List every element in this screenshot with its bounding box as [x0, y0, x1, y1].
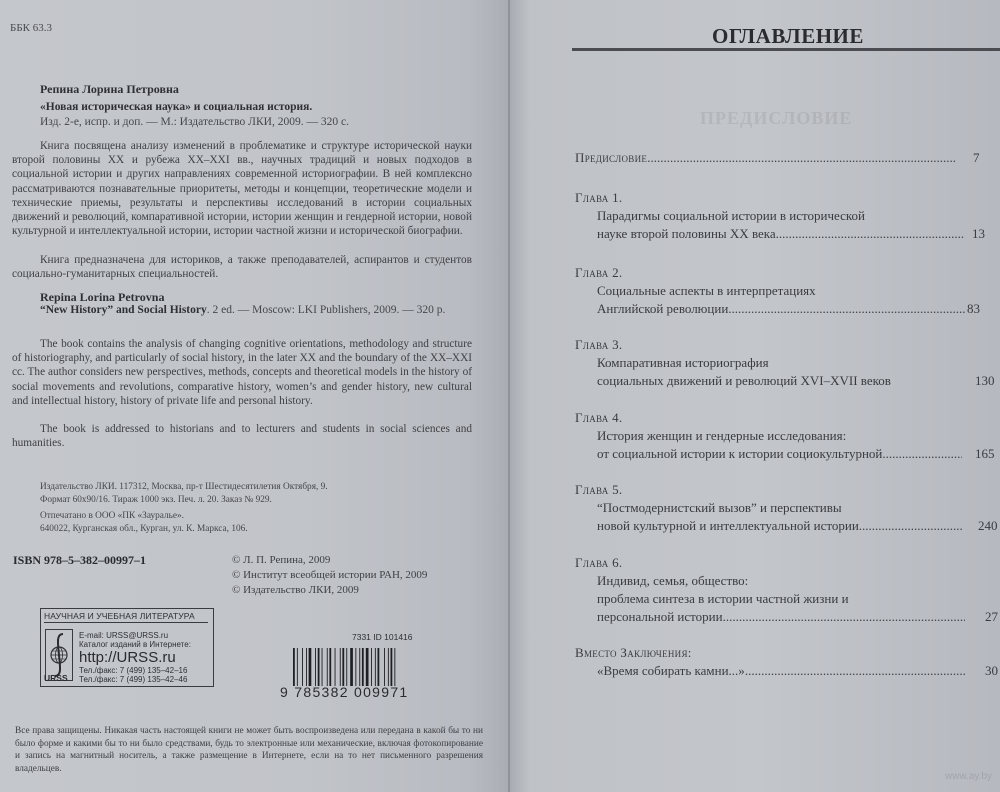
- toc-preface-label: Предисловие: [575, 150, 647, 166]
- author-english: Repina Lorina Petrovna: [40, 290, 164, 305]
- toc-entry-preface[interactable]: Предисловие: [575, 150, 955, 166]
- toc-chapter-5-label: Глава 5.: [575, 482, 622, 498]
- toc-chapter-1-title-line-2[interactable]: науке второй половины XX века: [597, 226, 965, 242]
- bleed-through-text: ПРЕДИСЛОВИЕ: [700, 108, 852, 129]
- bbk-code: ББК 63.3: [10, 22, 52, 34]
- audience-russian: Книга предназначена для историков, а так…: [12, 253, 472, 281]
- abstract-english: The book contains the analysis of changi…: [12, 337, 472, 408]
- toc-conclusion-page: 30: [985, 663, 998, 679]
- toc-chapter-6-title-line-2[interactable]: проблема синтеза в истории частной жизни…: [597, 591, 849, 607]
- toc-leader-dots: [728, 301, 965, 317]
- toc-chapter-6-title-line-3[interactable]: персональной истории: [597, 609, 965, 625]
- imprint-printer-address: 640022, Курганская обл., Курган, ул. К. …: [40, 524, 248, 534]
- toc-chapter-5-title-line-1[interactable]: “Постмодернистский вызов” и перспективы: [597, 500, 842, 516]
- toc-title-rule: [572, 48, 1000, 51]
- imprint-publisher: Издательство ЛКИ. 117312, Москва, пр-т Ш…: [40, 482, 328, 492]
- toc-chapter-4-page: 165: [975, 446, 995, 462]
- toc-leader-dots: [723, 609, 965, 625]
- publisher-phone-2: Тел./факс: 7 (499) 135–42–46: [79, 675, 187, 684]
- toc-chapter-6-title-line-1[interactable]: Индивид, семья, общество:: [597, 573, 748, 589]
- toc-chapter-5-title-line-2[interactable]: новой культурной и интеллектуальной исто…: [597, 518, 962, 534]
- toc-conclusion-title-line-1[interactable]: «Время собирать камни...»: [597, 663, 965, 679]
- toc-chapter-4-label: Глава 4.: [575, 410, 622, 426]
- toc-chapter-3-label: Глава 3.: [575, 337, 622, 353]
- watermark: www.ay.by: [945, 771, 992, 782]
- toc-chapter-3-title-line-2[interactable]: социальных движений и революций XVI–XVII…: [597, 373, 891, 389]
- toc-chapter-2-page: 83: [967, 301, 980, 317]
- toc-chapter-6-label: Глава 6.: [575, 555, 622, 571]
- author-russian: Репина Лорина Петровна: [40, 82, 179, 97]
- toc-chapter-2-title-line-2[interactable]: Английской революции: [597, 301, 965, 317]
- toc-chapter-1-title-line-1[interactable]: Парадигмы социальной истории в историчес…: [597, 208, 865, 224]
- isbn-barcode-icon: [293, 648, 423, 686]
- abstract-russian: Книга посвящена анализу изменений в проб…: [12, 139, 472, 238]
- copyright-institute: © Институт всеобщей истории РАН, 2009: [232, 569, 427, 581]
- publisher-box-heading: НАУЧНАЯ И УЧЕБНАЯ ЛИТЕРАТУРА: [44, 611, 208, 623]
- edition-info-english: . 2 ed. — Moscow: LKI Publishers, 2009. …: [207, 304, 446, 316]
- toc-preface-page: 7: [973, 150, 980, 166]
- book-spine: [508, 0, 510, 792]
- toc-chapter-5-line-2-text: новой культурной и интеллектуальной исто…: [597, 518, 859, 534]
- imprint-printer: Отпечатано в ООО «ПК «Зауралье».: [40, 511, 184, 521]
- toc-chapter-5-page: 240: [978, 518, 998, 534]
- toc-title: ОГЛАВЛЕНИЕ: [712, 24, 864, 49]
- barcode-number: 9 785382 009971: [280, 684, 409, 700]
- toc-chapter-4-title-line-2[interactable]: от социальной истории к истории социокул…: [597, 446, 962, 462]
- publisher-phone-1: Тел./факс: 7 (499) 135–42–16: [79, 666, 187, 675]
- book-title-english: “New History” and Social History. 2 ed. …: [40, 304, 445, 316]
- copyright-publisher: © Издательство ЛКИ, 2009: [232, 584, 359, 596]
- publisher-email-link[interactable]: E-mail: URSS@URSS.ru: [79, 631, 168, 640]
- toc-chapter-2-label: Глава 2.: [575, 265, 622, 281]
- toc-chapter-3-page: 130: [975, 373, 995, 389]
- toc-chapter-2-line-2-text: Английской революции: [597, 301, 728, 317]
- publisher-url-link[interactable]: http://URSS.ru: [79, 649, 176, 666]
- toc-chapter-6-line-3-text: персональной истории: [597, 609, 723, 625]
- isbn: ISBN 978–5–382–00997–1: [13, 553, 146, 568]
- toc-leader-dots: [882, 446, 962, 462]
- audience-english: The book is addressed to historians and …: [12, 422, 472, 450]
- edition-info-russian: Изд. 2-е, испр. и доп. — М.: Издательств…: [40, 116, 349, 128]
- toc-leader-dots: [776, 226, 965, 242]
- publisher-contact-box: НАУЧНАЯ И УЧЕБНАЯ ЛИТЕРАТУРА E-mail: URS…: [40, 608, 214, 687]
- book-title-russian: «Новая историческая наука» и социальная …: [40, 101, 312, 113]
- toc-chapter-2-title-line-1[interactable]: Социальные аспекты в интерпретациях: [597, 283, 816, 299]
- title-english-bold: “New History” and Social History: [40, 304, 207, 316]
- publisher-catalog-label: Каталог изданий в Интернете:: [79, 640, 191, 649]
- toc-chapter-1-line-2-text: науке второй половины XX века: [597, 226, 776, 242]
- toc-chapter-3-title-line-1[interactable]: Компаративная историография: [597, 355, 769, 371]
- toc-leader-dots: [859, 518, 962, 534]
- toc-chapter-4-line-2-text: от социальной истории к истории социокул…: [597, 446, 882, 462]
- toc-leader-dots: [745, 663, 965, 679]
- toc-chapter-1-label: Глава 1.: [575, 190, 622, 206]
- urss-brand-label: URSS: [44, 673, 68, 683]
- toc-chapter-1-page: 13: [972, 226, 985, 242]
- rights-notice: Все права защищены. Никакая часть настоя…: [15, 725, 483, 776]
- toc-leader-dots: [647, 150, 955, 166]
- toc-conclusion-label: Вместо Заключения:: [575, 645, 692, 661]
- toc-conclusion-line-1-text: «Время собирать камни...»: [597, 663, 745, 679]
- imprint-format: Формат 60x90/16. Тираж 1000 экз. Печ. л.…: [40, 495, 272, 505]
- toc-chapter-6-page: 27: [985, 609, 998, 625]
- copyright-author: © Л. П. Репина, 2009: [232, 554, 330, 566]
- barcode-id: 7331 ID 101416: [352, 632, 413, 642]
- toc-chapter-4-title-line-1[interactable]: История женщин и гендерные исследования:: [597, 428, 846, 444]
